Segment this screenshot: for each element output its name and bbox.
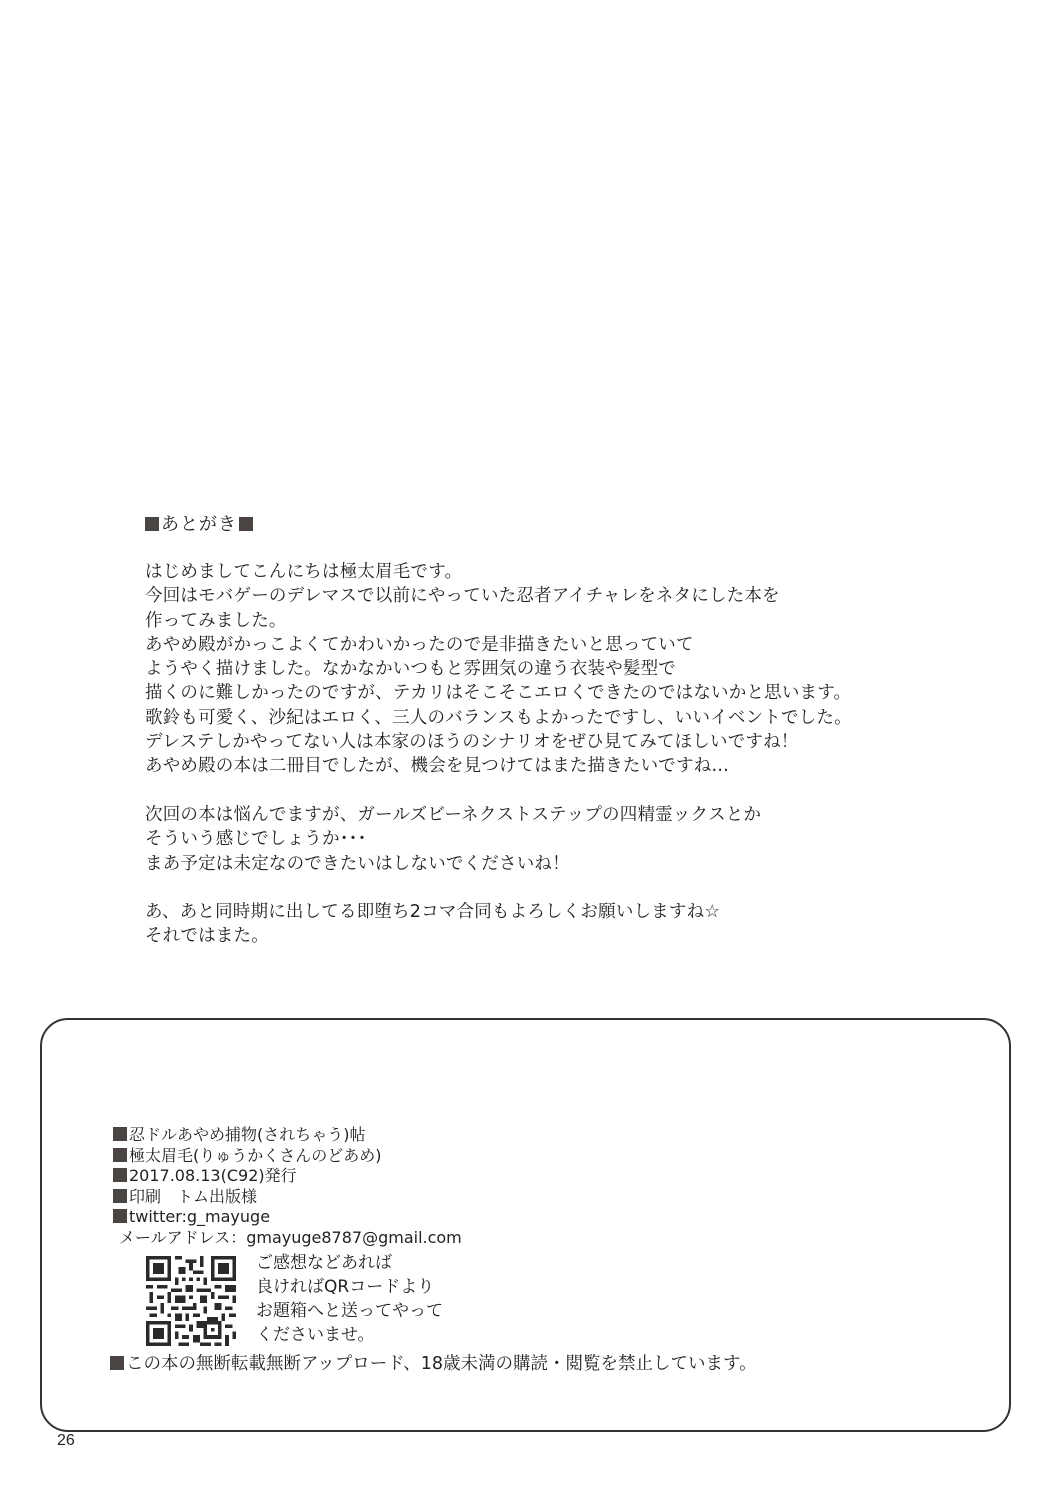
qr-caption-line: ご感想などあれば: [256, 1251, 443, 1275]
afterword-line: 今回はモバゲーのデレマスで以前にやっていた忍者アイチャレをネタにした本を: [145, 584, 945, 608]
qr-caption-line: お題箱へと送ってやって: [256, 1299, 443, 1323]
afterword-line: あやめ殿がかっこよくてかわいかったので是非描きたいと思っていて: [145, 633, 945, 657]
square-bullet-icon: [113, 1209, 127, 1223]
afterword-line: 次回の本は悩んでますが、ガールズビーネクストステップの四精霊ックスとか: [145, 803, 945, 827]
square-bullet-icon: [239, 517, 253, 531]
afterword-heading: あとがき: [145, 512, 945, 538]
afterword: あとがき はじめましてこんにちは極太眉毛です。 今回はモバゲーのデレマスで以前に…: [145, 512, 945, 949]
square-bullet-icon: [110, 1356, 124, 1370]
afterword-line: 描くのに難しかったのですが、テカリはそこそこエロくできたのではないかと思います。: [145, 681, 945, 705]
colophon-printer: 印刷 トム出版様: [113, 1187, 462, 1208]
afterword-line: [145, 876, 945, 900]
colophon-title: 忍ドルあやめ捕物(されちゃう)帖: [113, 1125, 462, 1146]
afterword-line: あやめ殿の本は二冊目でしたが、機会を見つけてはまた描きたいですね…: [145, 754, 945, 778]
afterword-line: デレステしかやってない人は本家のほうのシナリオをぜひ見てみてほしいですね！: [145, 730, 945, 754]
colophon-author: 極太眉毛(りゅうかくさんのどあめ): [113, 1146, 462, 1167]
square-bullet-icon: [113, 1189, 127, 1203]
copyright-notice: この本の無断転載無断アップロード、18歳未満の購読・閲覧を禁止しています。: [110, 1352, 757, 1376]
square-bullet-icon: [113, 1168, 127, 1182]
qr-caption-line: 良ければQRコードより: [256, 1275, 443, 1299]
qr-code-icon: [145, 1256, 237, 1346]
colophon-twitter: twitter:g_mayuge: [113, 1207, 462, 1228]
square-bullet-icon: [113, 1127, 127, 1141]
qr-caption-line: くださいませ。: [256, 1323, 443, 1347]
square-bullet-icon: [145, 517, 159, 531]
afterword-line: 歌鈴も可愛く、沙紀はエロく、三人のバランスもよかったですし、いいイベントでした。: [145, 706, 945, 730]
afterword-line: 作ってみました。: [145, 609, 945, 633]
afterword-line: はじめましてこんにちは極太眉毛です。: [145, 560, 945, 584]
afterword-line: [145, 779, 945, 803]
afterword-line: あ、あと同時期に出してる即堕ち2コマ合同もよろしくお願いしますね☆: [145, 900, 945, 924]
page-number: 26: [57, 1432, 75, 1450]
colophon: 忍ドルあやめ捕物(されちゃう)帖 極太眉毛(りゅうかくさんのどあめ) 2017.…: [113, 1125, 462, 1248]
square-bullet-icon: [113, 1148, 127, 1162]
afterword-line: まあ予定は未定なのできたいはしないでくださいね！: [145, 852, 945, 876]
colophon-date: 2017.08.13(C92)発行: [113, 1166, 462, 1187]
afterword-line: ようやく描けました。なかなかいつもと雰囲気の違う衣装や髪型で: [145, 657, 945, 681]
afterword-line: それではまた。: [145, 924, 945, 948]
qr-caption: ご感想などあれば 良ければQRコードより お題箱へと送ってやって くださいませ。: [256, 1251, 443, 1347]
colophon-email: メールアドレス：gmayuge8787@gmail.com: [113, 1228, 462, 1249]
afterword-line: そういう感じでしょうか･･･: [145, 827, 945, 851]
